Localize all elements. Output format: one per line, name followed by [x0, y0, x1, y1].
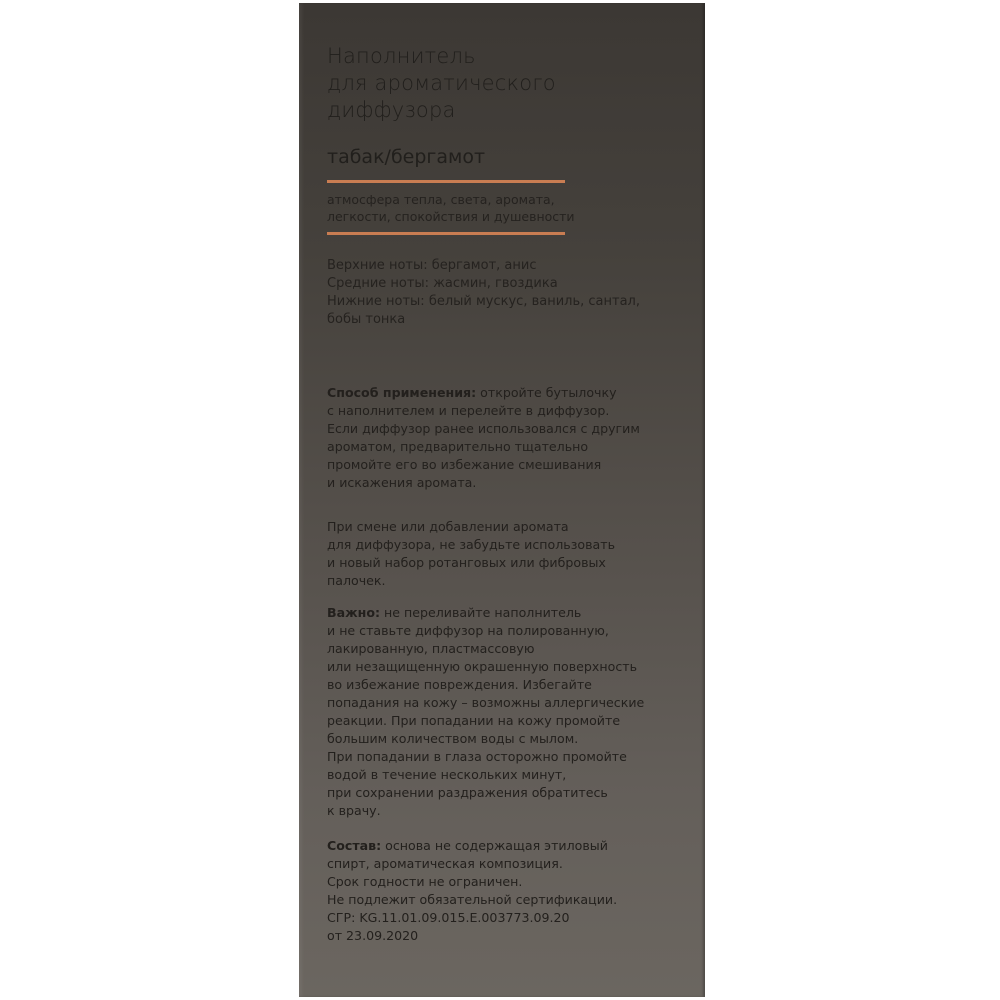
usage-line: промойте его во избежание смешивания — [327, 456, 640, 474]
usage-line: и искажения аромата. — [327, 474, 640, 492]
title-line: для ароматического — [327, 70, 556, 97]
important-line: реакции. При попадании на кожу промойте — [327, 712, 644, 730]
change-line: При смене или добавлении аромата — [327, 518, 615, 536]
important-line: при сохранении раздражения обратитесь — [327, 784, 644, 802]
important-text: не переливайте наполнитель — [380, 605, 581, 620]
important-line: попадания на кожу – возможны аллергическ… — [327, 694, 644, 712]
title-line: диффузора — [327, 97, 556, 124]
registration-number: СГР: KG.11.01.09.015.Е.003773.09.20 — [327, 909, 617, 927]
mood-description: атмосфера тепла, света, аромата, легкост… — [327, 191, 575, 225]
accent-divider-top — [327, 180, 565, 183]
important-line: водой в течение нескольких минут, — [327, 766, 644, 784]
notes-line: Нижние ноты: белый мускус, ваниль, санта… — [327, 293, 640, 311]
composition-line: спирт, ароматическая композиция. — [327, 855, 617, 873]
notes-line: Верхние ноты: бергамот, анис — [327, 257, 640, 275]
usage-instructions: Способ применения: откройте бутылочку с … — [327, 384, 640, 492]
important-line: При попадании в глаза осторожно промойте — [327, 748, 644, 766]
change-scent-note: При смене или добавлении аромата для диф… — [327, 518, 615, 590]
important-label: Важно: — [327, 605, 380, 620]
important-line: к врачу. — [327, 802, 644, 820]
notes-line: бобы тонка — [327, 311, 640, 329]
notes-line: Средние ноты: жасмин, гвоздика — [327, 275, 640, 293]
composition-info: Состав: основа не содержащая этиловый сп… — [327, 837, 617, 945]
title-line: Наполнитель — [327, 43, 556, 70]
shelf-life: Срок годности не ограничен. — [327, 873, 617, 891]
important-line: или незащищенную окрашенную поверхность — [327, 658, 644, 676]
important-line: и не ставьте диффузор на полированную, — [327, 622, 644, 640]
usage-line: ароматом, предварительно тщательно — [327, 438, 640, 456]
product-title: Наполнитель для ароматического диффузора — [327, 43, 556, 124]
composition-text: основа не содержащая этиловый — [381, 838, 608, 853]
mood-line: атмосфера тепла, света, аромата, — [327, 191, 575, 208]
scent-name: табак/бергамот — [327, 145, 485, 169]
important-line: во избежание повреждения. Избегайте — [327, 676, 644, 694]
fragrance-notes: Верхние ноты: бергамот, анис Средние нот… — [327, 257, 640, 329]
change-line: для диффузора, не забудьте использовать — [327, 536, 615, 554]
usage-line: Если диффузор ранее использовался с друг… — [327, 420, 640, 438]
important-warning: Важно: не переливайте наполнитель и не с… — [327, 604, 644, 820]
registration-date: от 23.09.2020 — [327, 927, 617, 945]
change-line: и новый набор ротанговых или фибровых — [327, 554, 615, 572]
change-line: палочек. — [327, 572, 615, 590]
product-box-back-panel: Наполнитель для ароматического диффузора… — [299, 3, 705, 997]
important-line: лакированную, пластмассовую — [327, 640, 644, 658]
mood-line: легкости, спокойствия и душевности — [327, 208, 575, 225]
usage-label: Способ применения: — [327, 385, 476, 400]
certification-note: Не подлежит обязательной сертификации. — [327, 891, 617, 909]
important-line: большим количеством воды с мылом. — [327, 730, 644, 748]
composition-label: Состав: — [327, 838, 381, 853]
usage-text: откройте бутылочку — [476, 385, 616, 400]
usage-line: с наполнителем и перелейте в диффузор. — [327, 402, 640, 420]
accent-divider-bottom — [327, 232, 565, 235]
